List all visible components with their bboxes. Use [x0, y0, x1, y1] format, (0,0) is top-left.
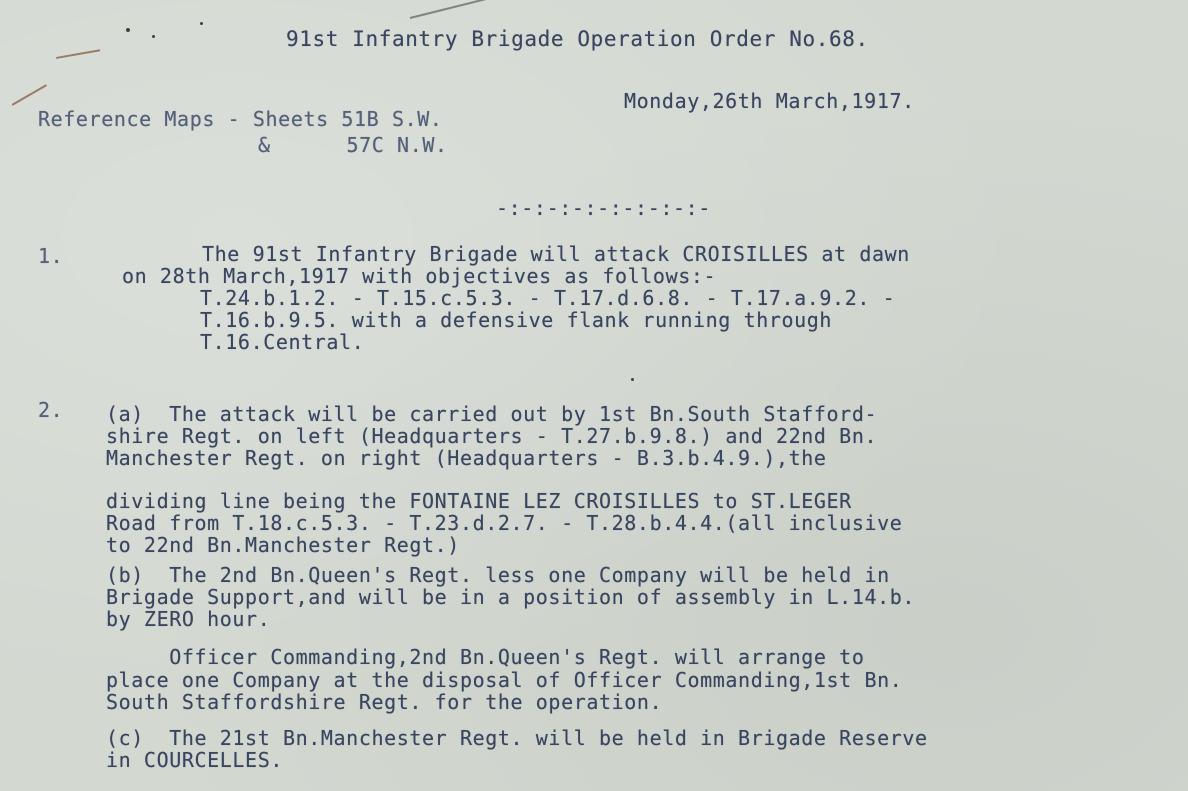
paragraph-2-line: Manchester Regt. on right (Headquarters … — [106, 446, 827, 470]
paragraph-2-line: place one Company at the disposal of Off… — [106, 668, 902, 692]
paragraph-2-line: shire Regt. on left (Headquarters - T.27… — [106, 424, 877, 448]
paragraph-2-line: Officer Commanding,2nd Bn.Queen's Regt. … — [106, 645, 864, 669]
rust-stain-mark — [12, 84, 48, 106]
paragraph-2-line: (a) The attack will be carried out by 1s… — [106, 402, 877, 426]
paragraph-2-line: Brigade Support,and will be in a positio… — [106, 585, 915, 609]
paragraph-1-line: T.24.b.1.2. - T.15.c.5.3. - T.17.d.6.8. … — [200, 286, 895, 310]
reference-maps-line-1: Reference Maps - Sheets 51B S.W. — [38, 107, 443, 131]
paragraph-2-line: (c) The 21st Bn.Manchester Regt. will be… — [106, 726, 928, 750]
paragraph-1-number: 1. — [38, 244, 63, 268]
rust-stain-mark — [56, 49, 101, 59]
paragraph-1-line: The 91st Infantry Brigade will attack CR… — [202, 242, 910, 266]
pencil-stroke-mark — [410, 0, 527, 19]
paragraph-2-number: 2. — [38, 398, 63, 422]
paragraph-1-line: on 28th March,1917 with objectives as fo… — [122, 264, 716, 288]
paragraph-2-line: South Staffordshire Regt. for the operat… — [106, 690, 662, 714]
separator-line: -:-:-:-:-:-:-:-:- — [496, 196, 711, 220]
scanned-document-page: 91st Infantry Brigade Operation Order No… — [0, 0, 1188, 791]
paragraph-1-line: T.16.Central. — [200, 330, 364, 354]
paragraph-2-line: by ZERO hour. — [106, 607, 270, 631]
paragraph-1-line: T.16.b.9.5. with a defensive flank runni… — [200, 308, 832, 332]
document-date: Monday,26th March,1917. — [624, 89, 915, 113]
paragraph-2-line: Road from T.18.c.5.3. - T.23.d.2.7. - T.… — [106, 511, 902, 535]
ink-spot — [126, 28, 130, 32]
paragraph-2-line: (b) The 2nd Bn.Queen's Regt. less one Co… — [106, 563, 890, 587]
ink-spot — [200, 22, 203, 25]
paragraph-2-line: dividing line being the FONTAINE LEZ CRO… — [106, 489, 852, 513]
reference-maps-line-2: & 57C N.W. — [258, 133, 448, 157]
paragraph-2-line: in COURCELLES. — [106, 748, 283, 772]
ink-spot — [152, 35, 155, 38]
document-title: 91st Infantry Brigade Operation Order No… — [286, 27, 869, 51]
ink-spot — [631, 378, 634, 381]
paragraph-2-line: to 22nd Bn.Manchester Regt.) — [106, 533, 460, 557]
